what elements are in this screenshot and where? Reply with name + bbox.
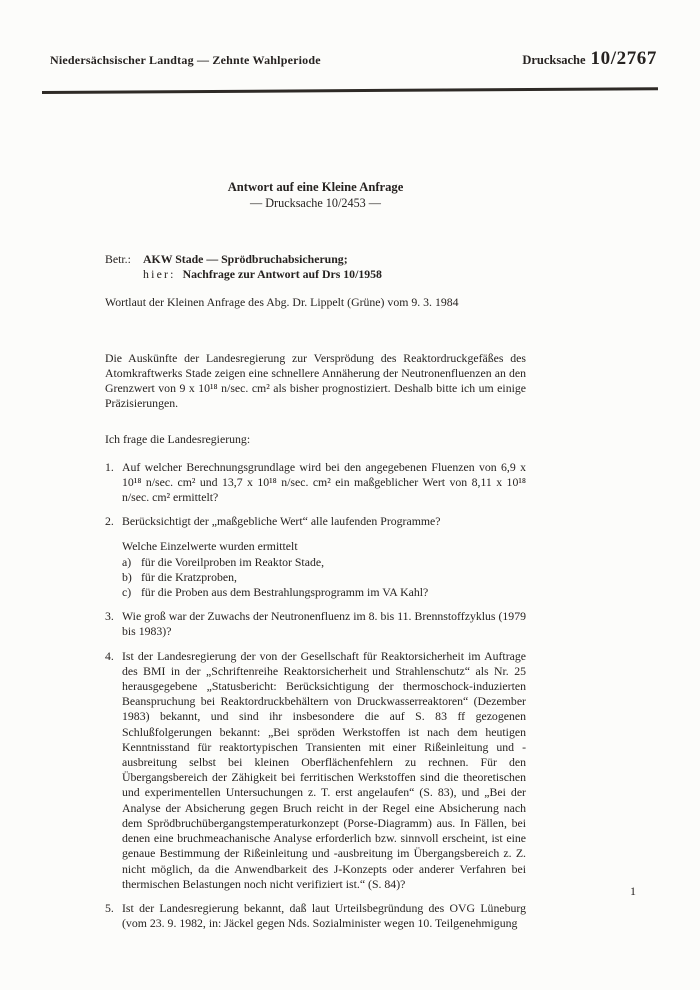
drucksache-number: 10/2767 (591, 48, 657, 69)
question-item-4: 4. Ist der Landesregierung der von der G… (105, 649, 526, 892)
question-lead: Ich frage die Landesregierung: (105, 432, 526, 447)
header-rule (42, 87, 658, 94)
document-page: Niedersächsischer Landtag — Zehnte Wahlp… (0, 0, 700, 990)
question-text: Wie groß war der Zuwachs der Neutronenfl… (122, 609, 526, 639)
subject-hier: hier:Nachfrage zur Antwort auf Drs 10/19… (143, 267, 382, 282)
question-text: Ist der Landesregierung bekannt, daß lau… (122, 901, 526, 931)
sub-question-item-b: b) für die Kratzproben, (122, 570, 526, 585)
header-parliament-title: Niedersächsischer Landtag — Zehnte Wahlp… (50, 53, 321, 68)
sub-question-text: für die Kratzproben, (141, 570, 237, 585)
subject-text: AKW Stade — Sprödbruchabsicherung; (143, 252, 348, 267)
answer-subtitle: — Drucksache 10/2453 — (105, 195, 526, 211)
question-number: 1. (105, 460, 122, 506)
sub-question-item-a: a) für die Voreilproben im Reaktor Stade… (122, 555, 526, 570)
question-text: Ist der Landesregierung der von der Gese… (122, 649, 526, 892)
question-item-3: 3. Wie groß war der Zuwachs der Neutrone… (105, 609, 526, 639)
sub-question-text: für die Voreilproben im Reaktor Stade, (141, 555, 324, 570)
wortlaut-line: Wortlaut der Kleinen Anfrage des Abg. Dr… (105, 295, 526, 310)
subject-hier-line: hier:Nachfrage zur Antwort auf Drs 10/19… (105, 267, 526, 282)
answer-title-block: Antwort auf eine Kleine Anfrage — Drucks… (105, 179, 526, 211)
question-list: 1. Auf welcher Berechnungsgrundlage wird… (105, 460, 526, 932)
drucksache-label: Drucksache (522, 53, 585, 67)
subject-indent (105, 267, 143, 282)
sub-question-label: c) (122, 585, 141, 600)
hier-label: hier: (143, 267, 176, 281)
sub-question-text: für die Proben aus dem Bestrahlungsprogr… (141, 585, 428, 600)
intro-paragraph: Die Auskünfte der Landesregierung zur Ve… (105, 351, 526, 412)
page-number: 1 (630, 884, 636, 899)
question-text: Berücksichtigt der „maßgebliche Wert“ al… (122, 514, 526, 529)
sub-question-item-c: c) für die Proben aus dem Bestrahlungspr… (122, 585, 526, 600)
question-item-2: 2. Berücksichtigt der „maßgebliche Wert“… (105, 514, 526, 600)
question-number: 2. (105, 514, 122, 600)
subject-line: Betr.: AKW Stade — Sprödbruchabsicherung… (105, 252, 526, 267)
subject-label: Betr.: (105, 252, 143, 267)
header-drucksache: Drucksache10/2767 (522, 48, 657, 70)
question-number: 3. (105, 609, 122, 639)
document-header: Niedersächsischer Landtag — Zehnte Wahlp… (50, 48, 657, 70)
hier-text: Nachfrage zur Antwort auf Drs 10/1958 (183, 267, 382, 281)
sub-question-intro: Welche Einzelwerte wurden ermittelt (122, 539, 526, 554)
question-number: 4. (105, 649, 122, 892)
answer-title: Antwort auf eine Kleine Anfrage (105, 179, 526, 195)
question-number: 5. (105, 901, 122, 931)
sub-question-label: a) (122, 555, 141, 570)
question-item-1: 1. Auf welcher Berechnungsgrundlage wird… (105, 460, 526, 506)
sub-question-label: b) (122, 570, 141, 585)
question-item-5: 5. Ist der Landesregierung bekannt, daß … (105, 901, 526, 931)
subject-block: Betr.: AKW Stade — Sprödbruchabsicherung… (105, 252, 526, 282)
document-body: Antwort auf eine Kleine Anfrage — Drucks… (105, 179, 526, 931)
question-text: Auf welcher Berechnungsgrundlage wird be… (122, 460, 526, 506)
